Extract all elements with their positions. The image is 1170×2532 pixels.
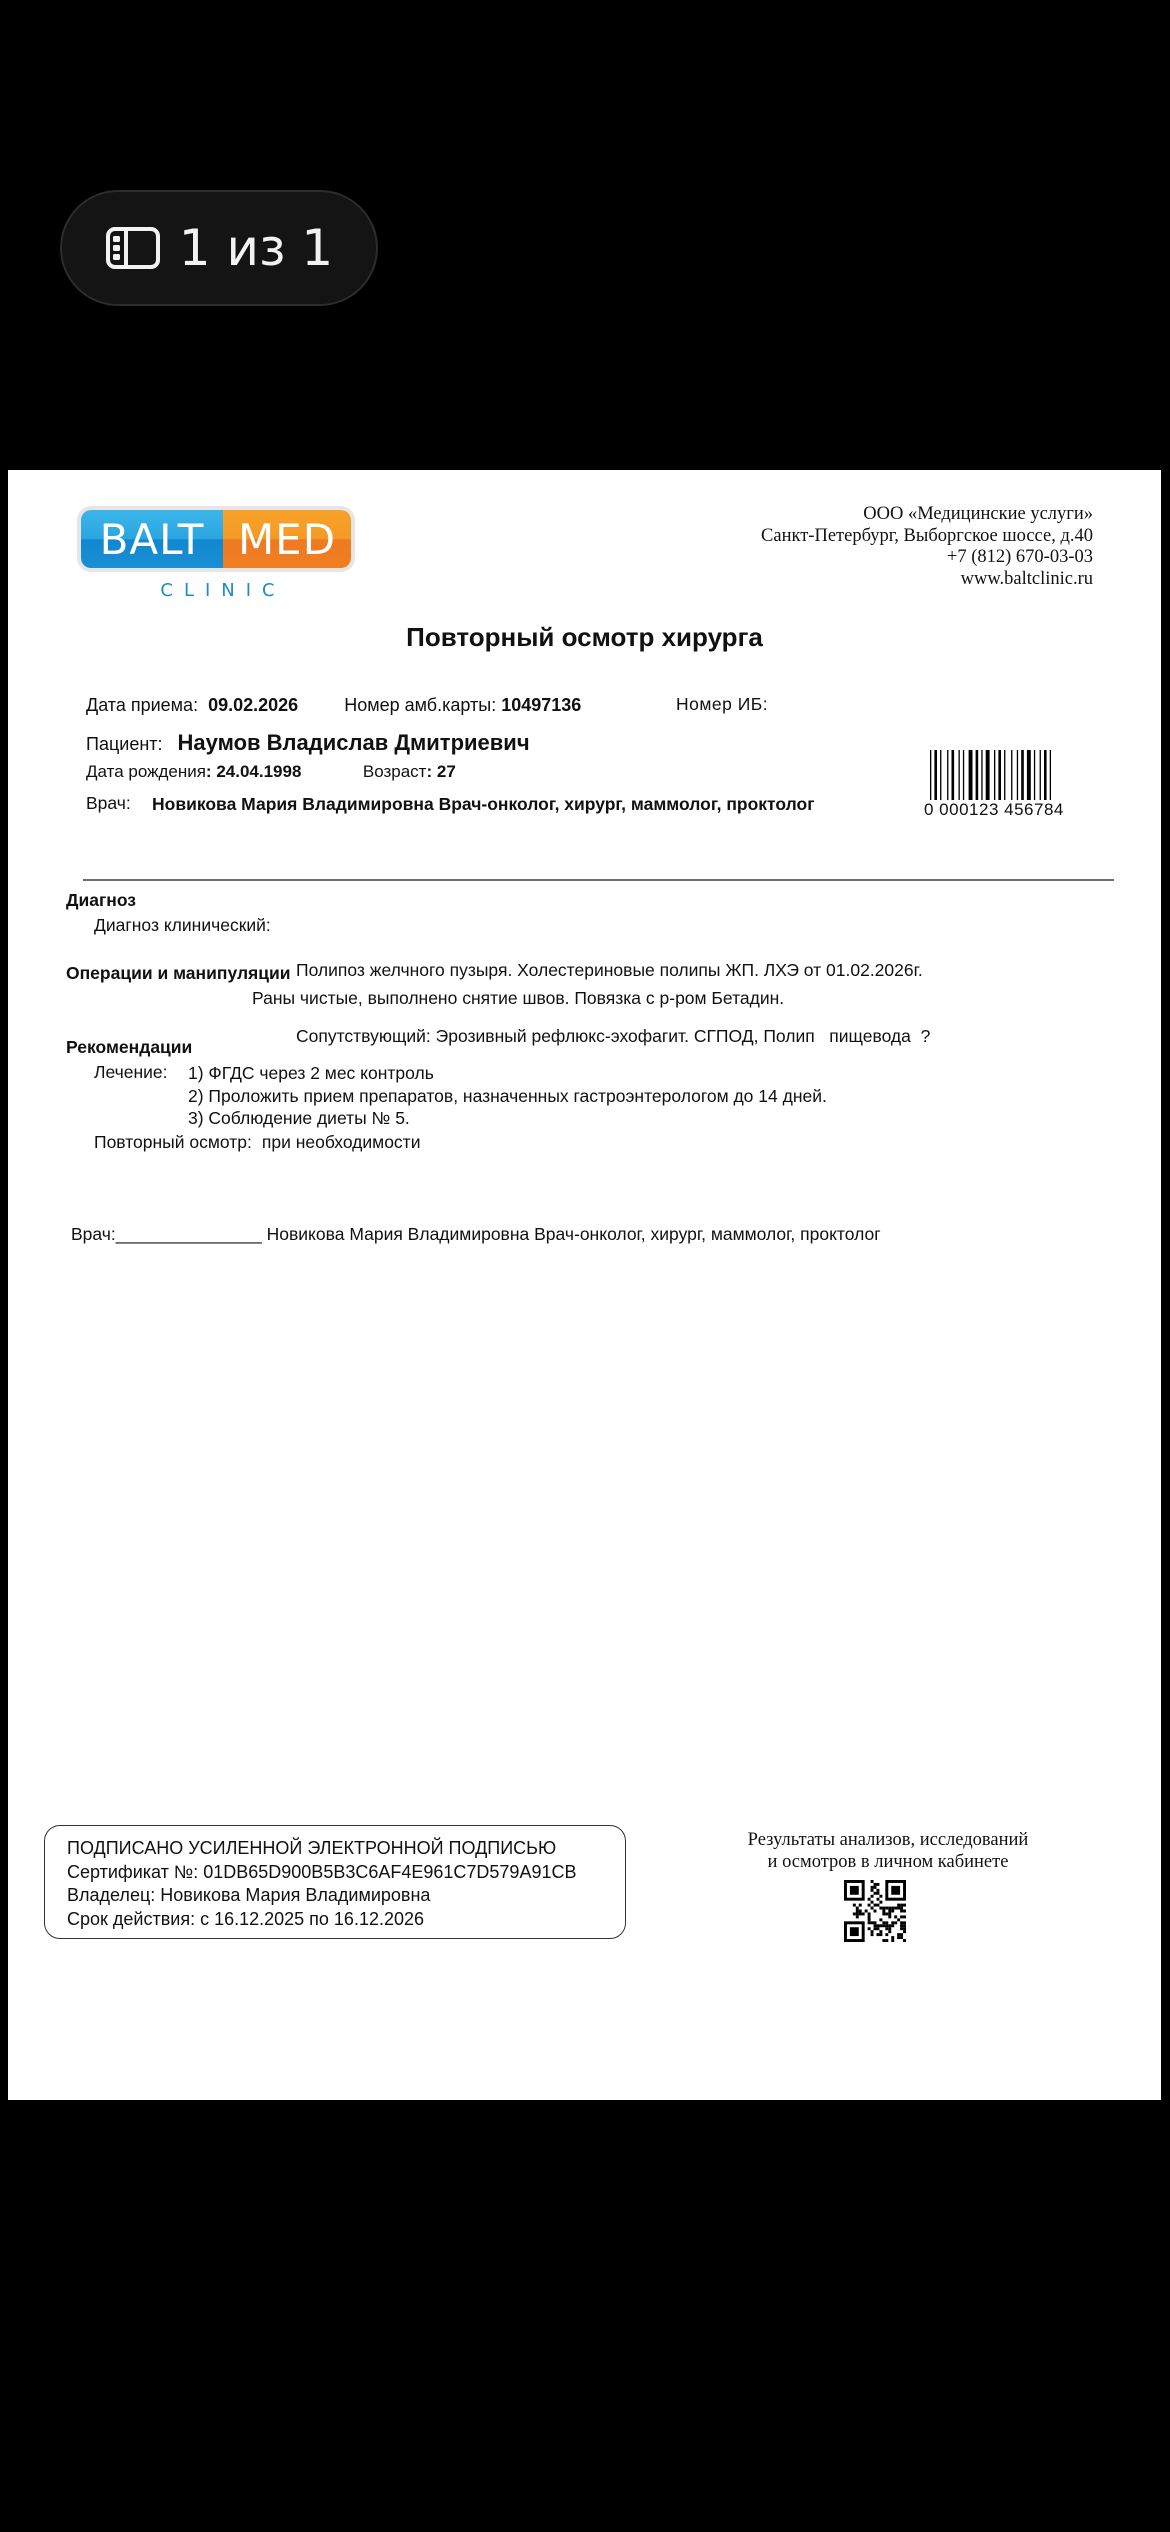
repeat-visit-label: Повторный осмотр: bbox=[94, 1132, 252, 1152]
document-page: BALT MED CLINIC ООО «Медицинские услуги»… bbox=[8, 470, 1161, 2100]
operations-heading: Операции и манипуляции bbox=[66, 963, 291, 984]
electronic-signature-box: ПОДПИСАНО УСИЛЕННОЙ ЭЛЕКТРОННОЙ ПОДПИСЬЮ… bbox=[44, 1825, 626, 1939]
barcode-number: 0 000123 456784 bbox=[924, 800, 1074, 820]
org-block: ООО «Медицинские услуги» Санкт-Петербург… bbox=[761, 504, 1093, 590]
doctor-signature: Врач:_______________ Новикова Мария Влад… bbox=[71, 1224, 881, 1245]
recommendations-heading: Рекомендации bbox=[66, 1037, 192, 1058]
clinic-logo: BALT MED CLINIC bbox=[81, 510, 351, 601]
operations-text: Раны чистые, выполнено снятие швов. Повя… bbox=[252, 988, 784, 1009]
org-name: ООО «Медицинские услуги» bbox=[761, 504, 1093, 526]
diagnosis-line: Сопутствующий: Эрозивный рефлюкс-эхофаги… bbox=[296, 1025, 1096, 1047]
diagnosis-line: Полипоз желчного пузыря. Холестериновые … bbox=[296, 959, 1096, 981]
birth-label: Дата рождения bbox=[86, 762, 206, 781]
doctor-label: Врач: bbox=[86, 793, 131, 814]
repeat-visit-value: при необходимости bbox=[262, 1132, 421, 1152]
logo-subtitle: CLINIC bbox=[81, 580, 351, 601]
page-indicator-text: 1 из 1 bbox=[179, 219, 334, 277]
diagnosis-clinical-label: Диагноз клинический: bbox=[94, 915, 271, 936]
cabinet-line-2: и осмотров в личном кабинете bbox=[708, 1851, 1068, 1873]
card-number-value: 10497136 bbox=[501, 695, 581, 715]
patient-name: Наумов Владислав Дмитриевич bbox=[178, 730, 530, 755]
age-label: Возраст bbox=[363, 762, 427, 781]
ib-number-label: Номер ИБ: bbox=[676, 694, 768, 714]
signature-value: Новикова Мария Владимировна Врач-онколог… bbox=[267, 1224, 881, 1244]
patient-row: Пациент: Наумов Владислав Дмитриевич bbox=[86, 730, 530, 756]
logo-right-text: MED bbox=[223, 510, 351, 568]
birth-row: Дата рождения: 24.04.1998 Возраст: 27 bbox=[86, 762, 456, 782]
esig-owner: Владелец: Новикова Мария Владимировна bbox=[67, 1884, 625, 1908]
signature-label: Врач: bbox=[71, 1224, 116, 1244]
cabinet-line-1: Результаты анализов, исследований bbox=[708, 1829, 1068, 1851]
org-website: www.baltclinic.ru bbox=[761, 569, 1093, 591]
logo-badge: BALT MED bbox=[81, 510, 351, 568]
org-address: Санкт-Петербург, Выборгское шоссе, д.40 bbox=[761, 526, 1093, 548]
barcode: 0 000123 456784 bbox=[924, 750, 1076, 820]
ib-number: Номер ИБ: bbox=[676, 694, 768, 715]
personal-cabinet-note: Результаты анализов, исследований и осмо… bbox=[708, 1829, 1068, 1873]
diagnosis-heading: Диагноз bbox=[66, 890, 136, 911]
treatment-item: 2) Проложить прием препаратов, назначенн… bbox=[188, 1085, 827, 1108]
patient-label: Пациент: bbox=[86, 734, 163, 754]
birth-value: 24.04.1998 bbox=[216, 762, 301, 781]
page-thumbnails-icon bbox=[105, 226, 161, 270]
card-number-label: Номер амб.карты: bbox=[344, 695, 496, 715]
age-value: 27 bbox=[437, 762, 456, 781]
qr-code-icon[interactable] bbox=[844, 1880, 906, 1942]
repeat-visit: Повторный осмотр:при необходимости bbox=[94, 1132, 420, 1153]
separator-line bbox=[83, 879, 1114, 881]
logo-left-text: BALT bbox=[81, 510, 223, 568]
treatment-item: 3) Соблюдение диеты № 5. bbox=[188, 1107, 827, 1130]
esig-certificate: Сертификат №: 01DB65D900B5B3C6AF4E961C7D… bbox=[67, 1861, 625, 1885]
visit-row: Дата приема: 09.02.2026 Номер амб.карты:… bbox=[86, 695, 581, 716]
visit-date-value: 09.02.2026 bbox=[208, 695, 298, 715]
esig-validity: Срок действия: с 16.12.2025 по 16.12.202… bbox=[67, 1908, 625, 1932]
signature-line: _______________ bbox=[116, 1224, 262, 1244]
document-title: Повторный осмотр хирурга bbox=[8, 622, 1161, 653]
doctor-value: Новикова Мария Владимировна Врач-онколог… bbox=[152, 793, 832, 815]
treatment-label: Лечение: bbox=[94, 1062, 168, 1083]
treatment-item: 1) ФГДС через 2 мес контроль bbox=[188, 1062, 827, 1085]
esig-title: ПОДПИСАНО УСИЛЕННОЙ ЭЛЕКТРОННОЙ ПОДПИСЬЮ bbox=[67, 1837, 625, 1861]
page-indicator-button[interactable]: 1 из 1 bbox=[60, 190, 378, 306]
org-phone: +7 (812) 670-03-03 bbox=[761, 547, 1093, 569]
visit-date-label: Дата приема: bbox=[86, 695, 198, 715]
